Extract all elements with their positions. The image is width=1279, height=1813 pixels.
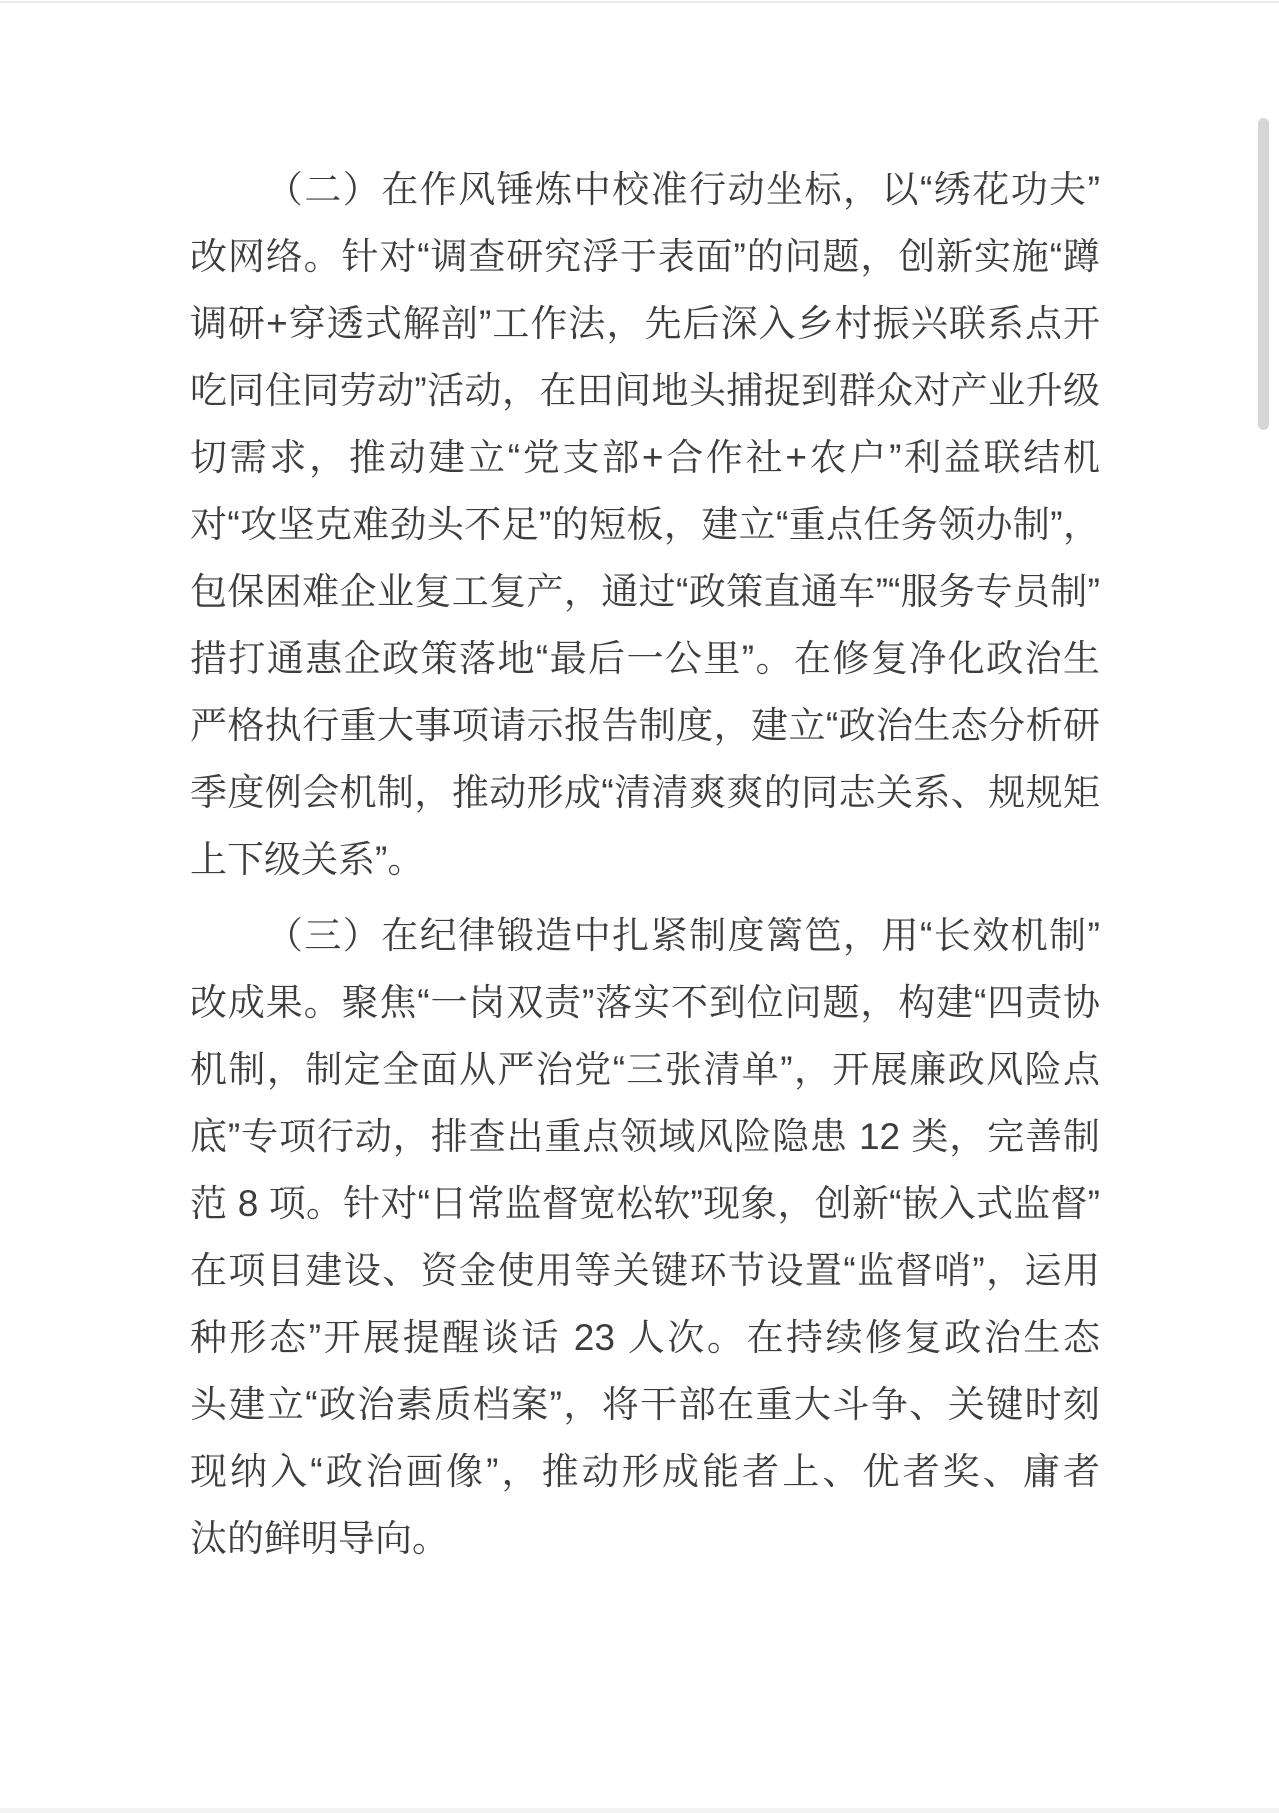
text-line: 调研+穿透式解剖”工作法，先后深入乡村振兴联系点开展“同 — [190, 290, 1100, 357]
text-line: 种形态”开展提醒谈话 23 人次。在持续修复政治生态中，牵 — [190, 1304, 1100, 1371]
text-line: 措打通惠企政策落地“最后一公里”。在修复净化政治生态中， — [190, 625, 1100, 692]
text-line: 季度例会机制，推动形成“清清爽爽的同志关系、规规矩矩的 — [190, 759, 1100, 826]
text-line: 机制，制定全面从严治党“三张清单”，开展廉政风险点“大起 — [190, 1036, 1100, 1103]
scrollbar[interactable] — [1259, 0, 1279, 1813]
text-line: （三）在纪律锻造中扎紧制度篱笆，用“长效机制”巩固整 — [190, 902, 1100, 969]
paragraph-section-3: （三）在纪律锻造中扎紧制度篱笆，用“长效机制”巩固整 改成果。聚焦“一岗双责”落… — [190, 902, 1100, 1572]
text-line: 头建立“政治素质档案”，将干部在重大斗争、关键时刻的表 — [190, 1371, 1100, 1438]
text-line: 切需求，推动建立“党支部+合作社+农户”利益联结机制。针 — [190, 424, 1100, 491]
text-line: （二）在作风锤炼中校准行动坐标，以“绣花功夫”织密整 — [190, 156, 1100, 223]
viewport-bottom-bar — [0, 1808, 1279, 1813]
paragraph-section-2: （二）在作风锤炼中校准行动坐标，以“绣花功夫”织密整 改网络。针对“调查研究浮于… — [190, 156, 1100, 893]
text-line: 在项目建设、资金使用等关键环节设置“监督哨”，运用“第一 — [190, 1237, 1100, 1304]
text-line: 包保困难企业复工复产，通过“政策直通车”“服务专员制”等举 — [190, 558, 1100, 625]
text-line: 上下级关系”。 — [190, 826, 1100, 893]
text-line: 对“攻坚克难劲头不足”的短板，建立“重点任务领办制”，主动 — [190, 491, 1100, 558]
text-line: 改成果。聚焦“一岗双责”落实不到位问题，构建“四责协同” — [190, 969, 1100, 1036]
text-line: 改网络。针对“调查研究浮于表面”的问题，创新实施“蹲点式 — [190, 223, 1100, 290]
text-line: 现纳入“政治画像”，推动形成能者上、优者奖、庸者下、劣者 — [190, 1438, 1100, 1505]
text-line: 汰的鲜明导向。 — [190, 1505, 1100, 1572]
scrollbar-thumb[interactable] — [1258, 118, 1269, 430]
text-line: 严格执行重大事项请示报告制度，建立“政治生态分析研判” — [190, 692, 1100, 759]
text-line: 底”专项行动，排查出重点领域风险隐患 12 类，完善制度规 — [190, 1103, 1100, 1170]
document-body: （二）在作风锤炼中校准行动坐标，以“绣花功夫”织密整 改网络。针对“调查研究浮于… — [190, 156, 1100, 1572]
text-line: 范 8 项。针对“日常监督宽松软”现象，创新“嵌入式监督”模式， — [190, 1170, 1100, 1237]
content-top-divider — [0, 1, 1279, 3]
text-line: 吃同住同劳动”活动，在田间地头捕捉到群众对产业升级的迫 — [190, 357, 1100, 424]
